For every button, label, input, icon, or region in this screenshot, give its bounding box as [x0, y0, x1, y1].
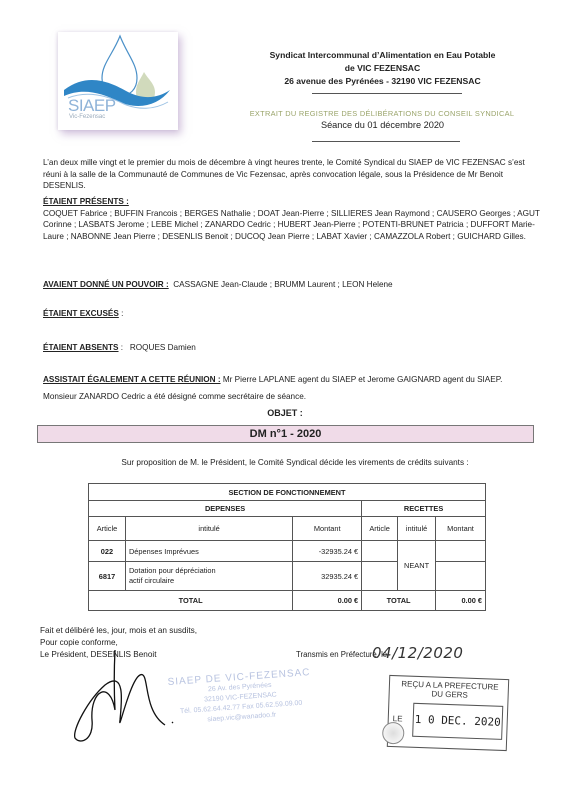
row-recettes-article — [362, 562, 398, 591]
presents-label: ÉTAIENT PRÉSENTS : — [43, 197, 129, 206]
assistait-list: Mr Pierre LAPLANE agent du SIAEP et Jero… — [221, 375, 503, 384]
table-row: 022 Dépenses Imprévues -32935.24 € NEANT — [89, 541, 486, 562]
row-article: 022 — [89, 541, 126, 562]
row-recettes-montant — [436, 562, 486, 591]
row-article: 6817 — [89, 562, 126, 591]
budget-table: SECTION DE FONCTIONNEMENT DEPENSES RECET… — [88, 483, 486, 611]
pouvoir-label: AVAIENT DONNÉ UN POUVOIR : — [43, 280, 169, 289]
excuses-list: : — [119, 309, 124, 318]
prefecture-stamp-line2: DU GERS — [431, 689, 468, 699]
absents-section: ÉTAIENT ABSENTS : ROQUES Damien — [43, 342, 540, 354]
absents-label: ÉTAIENT ABSENTS — [43, 343, 119, 352]
total-recettes-label: TOTAL — [362, 591, 436, 611]
col-recettes-montant: Montant — [436, 517, 486, 541]
section-header: SECTION DE FONCTIONNEMENT — [89, 484, 486, 501]
org-city: de VIC FEZENSAC — [225, 63, 540, 73]
assistait-label: ASSISTAIT ÉGALEMENT A CETTE RÉUNION : — [43, 375, 221, 384]
prefecture-stamp-title: REÇU A LA PREFECTURE DU GERS — [396, 679, 505, 701]
secretary-line: Monsieur ZANARDO Cedric a été désigné co… — [43, 391, 540, 403]
objet-title: DM n°1 - 2020 — [37, 425, 534, 443]
presents-section: ÉTAIENT PRÉSENTS : COQUET Fabrice ; BUFF… — [43, 196, 540, 242]
session-date: Séance du 01 décembre 2020 — [225, 120, 540, 130]
pouvoir-list: CASSAGNE Jean-Claude ; BRUMM Laurent ; L… — [173, 280, 392, 289]
table-section-row: SECTION DE FONCTIONNEMENT — [89, 484, 486, 501]
row-intitule-line2: actif circulaire — [129, 576, 174, 585]
prefecture-stamp-date: 1 0 DEC. 2020 — [412, 703, 503, 740]
proposition-text: Sur proposition de M. le Président, le C… — [60, 458, 530, 467]
extract-title: EXTRAIT DU REGISTRE DES DÉLIBÉRATIONS DU… — [222, 109, 542, 118]
row-intitule-line1: Dotation pour dépréciation — [129, 566, 216, 575]
depenses-header: DEPENSES — [89, 501, 362, 517]
org-address: 26 avenue des Pyrénées - 32190 VIC FEZEN… — [225, 76, 540, 86]
recettes-header: RECETTES — [362, 501, 486, 517]
row-recettes-montant — [436, 541, 486, 562]
absents-list: : ROQUES Damien — [119, 343, 196, 352]
excuses-label: ÉTAIENT EXCUSÉS — [43, 309, 119, 318]
prefecture-stamp: REÇU A LA PREFECTURE DU GERS LE 1 0 DEC.… — [387, 675, 509, 751]
row-intitule: Dépenses Imprévues — [125, 541, 292, 562]
transmis-date: 04/12/2020 — [372, 644, 463, 662]
logo-name: SIAEP — [68, 96, 116, 116]
header-divider — [312, 93, 462, 94]
header-divider-2 — [312, 141, 460, 142]
total-depenses-label: TOTAL — [89, 591, 293, 611]
org-name: Syndicat Intercommunal d’Alimentation en… — [225, 50, 540, 60]
total-depenses-value: 0.00 € — [293, 591, 362, 611]
col-intitule: intitulé — [125, 517, 292, 541]
assistait-section: ASSISTAIT ÉGALEMENT A CETTE RÉUNION : Mr… — [43, 374, 540, 386]
col-montant: Montant — [293, 517, 362, 541]
row-recettes-article — [362, 541, 398, 562]
excuses-section: ÉTAIENT EXCUSÉS : — [43, 308, 540, 320]
pouvoir-section: AVAIENT DONNÉ UN POUVOIR : CASSAGNE Jean… — [43, 279, 540, 291]
table-group-row: DEPENSES RECETTES — [89, 501, 486, 517]
logo-subtitle: Vic-Fezensac — [69, 114, 105, 120]
footer-line-1: Fait et délibéré les, jour, mois et an s… — [40, 625, 197, 637]
row-intitule: Dotation pour dépréciation actif circula… — [125, 562, 292, 591]
siaep-logo: SIAEP Vic-Fezensac — [58, 32, 178, 130]
table-total-row: TOTAL 0.00 € TOTAL 0.00 € — [89, 591, 486, 611]
recettes-intitule-neant: NEANT — [398, 541, 436, 591]
seal-icon — [382, 722, 405, 745]
intro-paragraph: L’an deux mille vingt et le premier du m… — [43, 157, 540, 192]
col-article: Article — [89, 517, 126, 541]
col-recettes-intitule: intitulé — [398, 517, 436, 541]
table-column-headers: Article intitulé Montant Article intitul… — [89, 517, 486, 541]
siaep-stamp: SIAEP DE VIC-FEZENSAC 26 Av. des Pyrénée… — [156, 667, 324, 728]
objet-label: OBJET : — [225, 408, 345, 418]
total-recettes-value: 0.00 € — [436, 591, 486, 611]
row-montant: 32935.24 € — [293, 562, 362, 591]
col-recettes-article: Article — [362, 517, 398, 541]
row-montant: -32935.24 € — [293, 541, 362, 562]
presents-list: COQUET Fabrice ; BUFFIN Francois ; BERGE… — [43, 209, 540, 241]
